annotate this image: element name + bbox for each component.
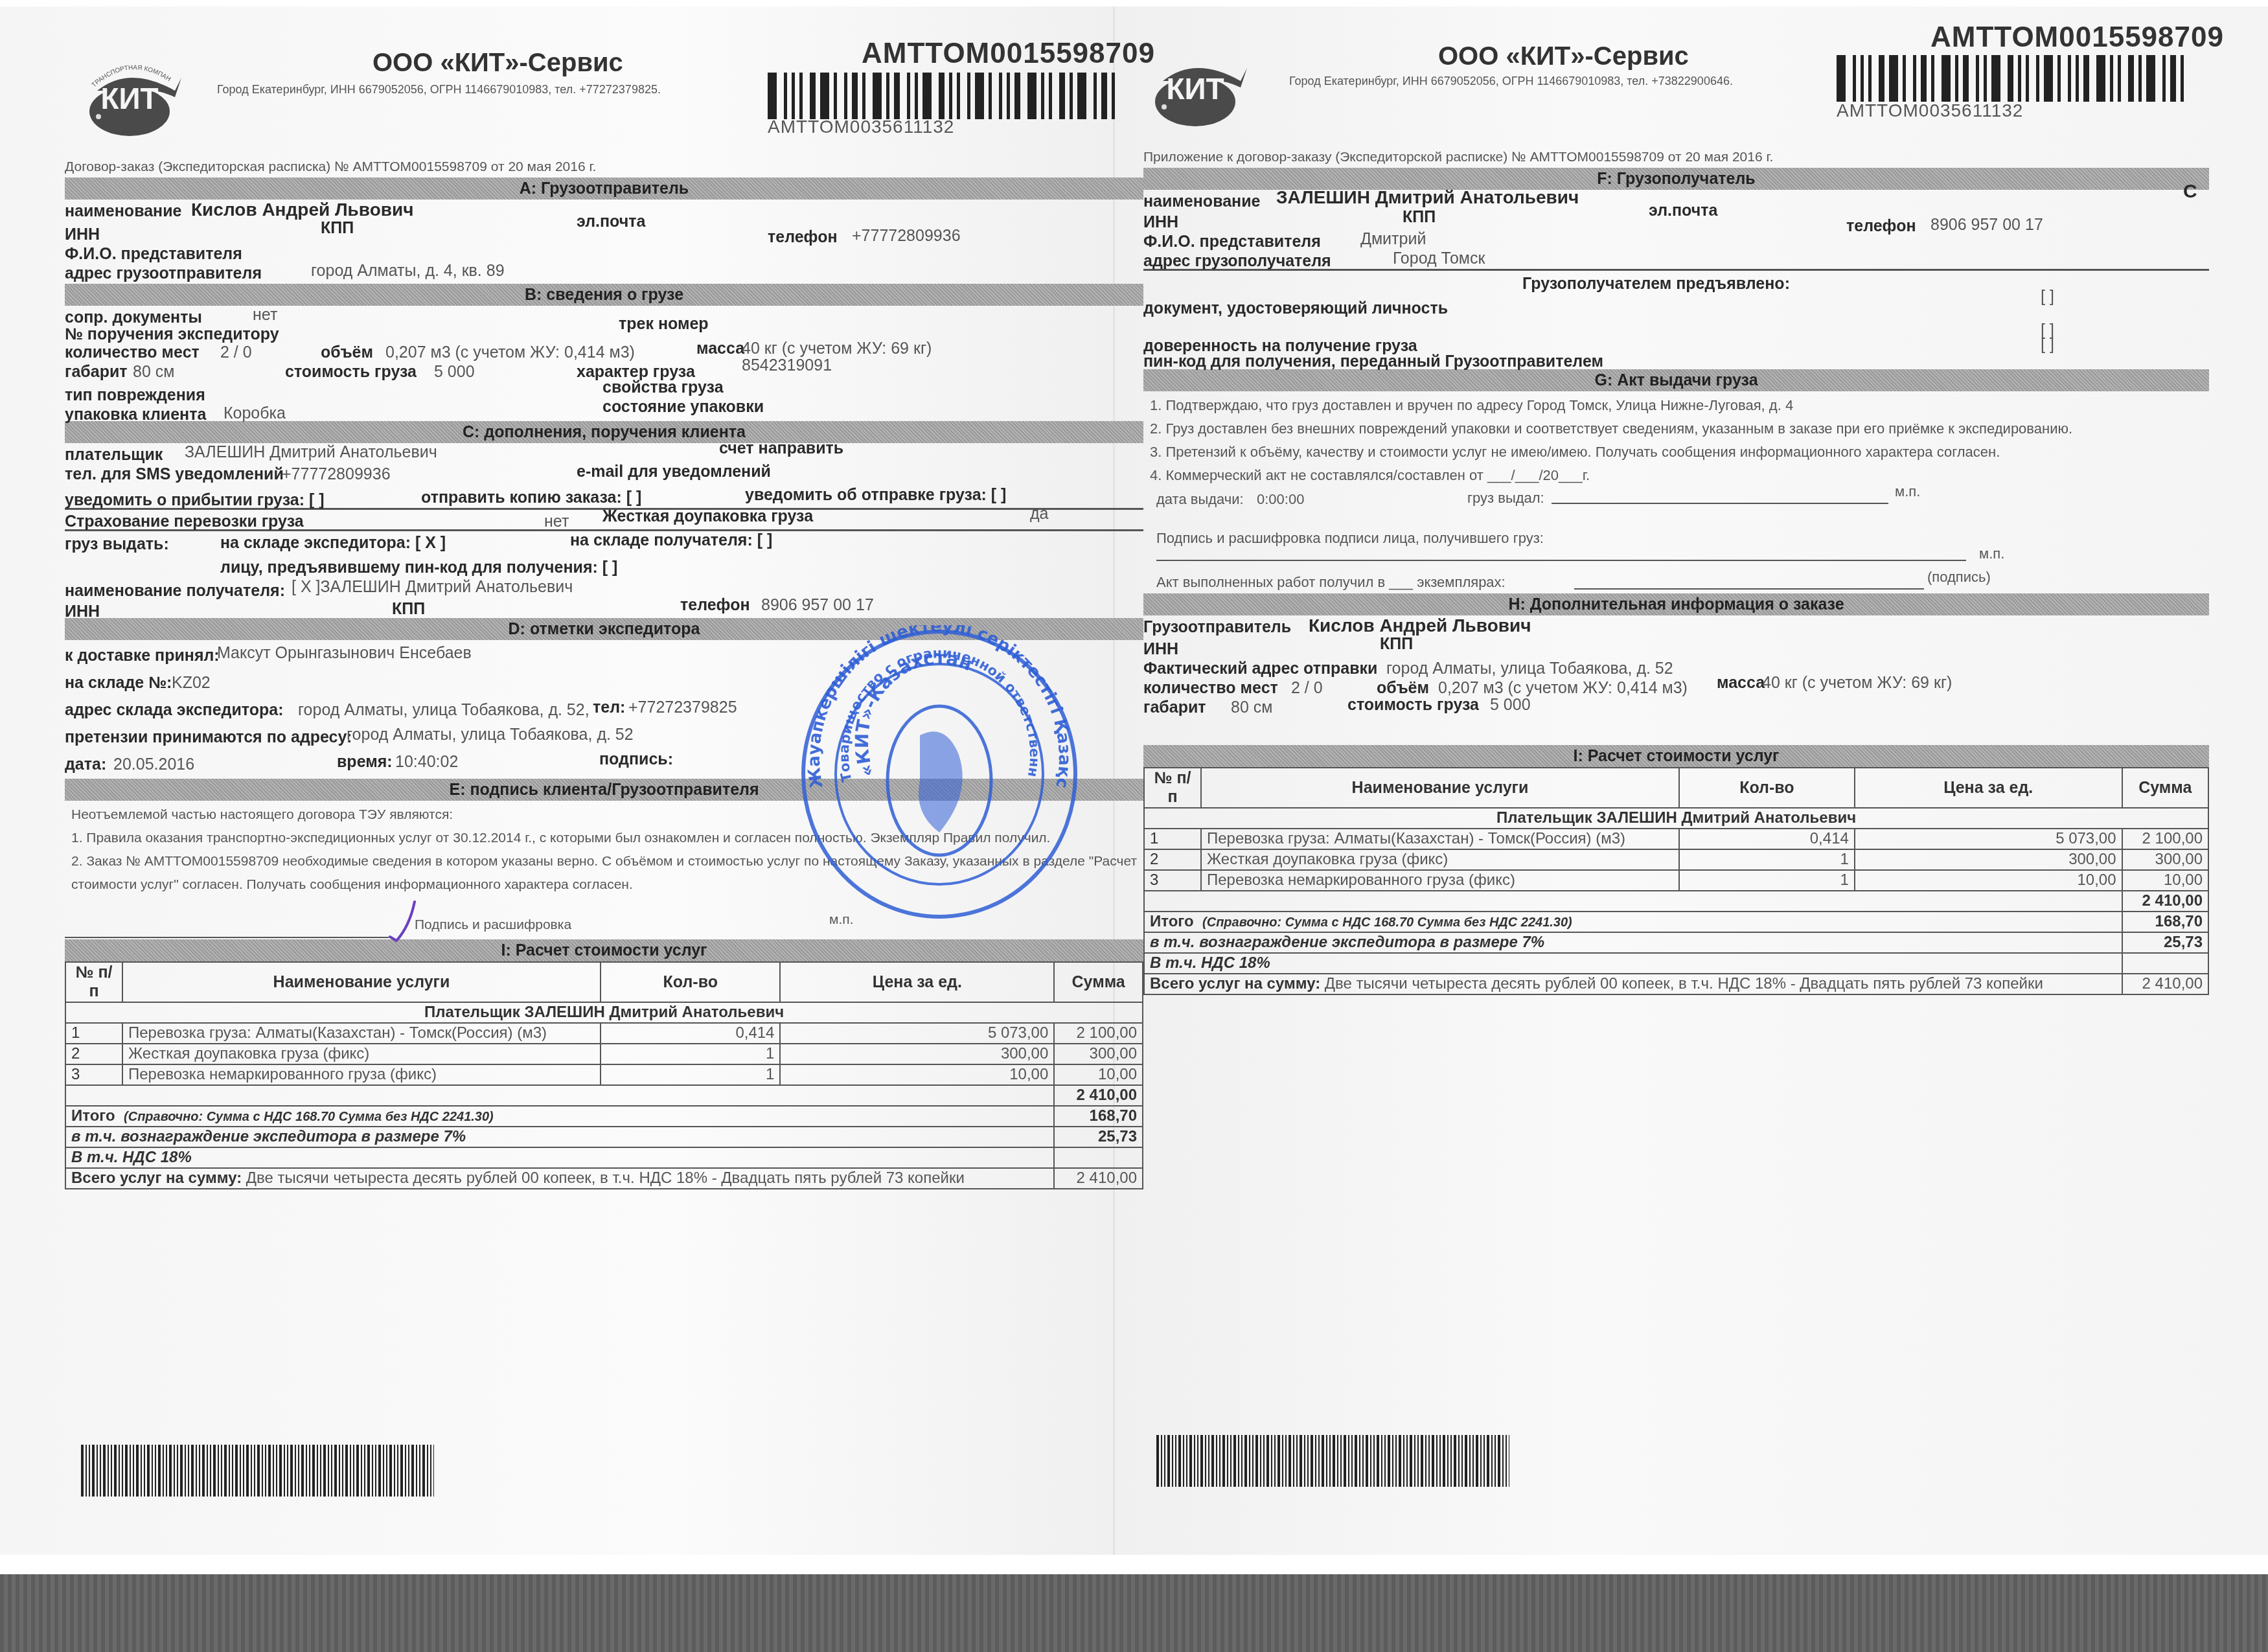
terms-intro: Неотъемлемой частью настоящего договора … [71, 803, 1137, 827]
places-label: количество мест [1143, 679, 1278, 698]
issue-date-value: 0:00:00 [1257, 491, 1304, 508]
volume-label: объём [1377, 679, 1429, 698]
docs-value: нет [253, 306, 277, 325]
places-value: 2 / 0 [1291, 679, 1323, 698]
sheet-header: КИТ ООО «КИТ»-Сервис Город Екатеринбург,… [1143, 16, 2209, 146]
actual-address: город Алматы, улица Тобаякова, д. 52 [1386, 660, 1673, 678]
address-label: адрес грузополучателя [1143, 252, 1331, 271]
inn-label: ИНН [1143, 640, 1178, 659]
column-header: Наименование услуги [122, 962, 601, 1002]
act-item-4: 4. Коммерческий акт не составлялся/соста… [1150, 464, 2203, 487]
column-header: Сумма [1054, 962, 1143, 1002]
kpp-label: КПП [1380, 635, 1413, 654]
warehouse-address: город Алматы, улица Тобаякова, д. 52, [298, 701, 590, 720]
stamp-mark: м.п. [829, 912, 853, 928]
receiver-inn-label: ИНН [65, 602, 100, 621]
cost-value: 5 000 [434, 363, 475, 382]
representative-value: Дмитрий [1360, 230, 1426, 249]
warehouse-address-label: адрес склада экспедитора: [65, 701, 284, 720]
vat-row: В т.ч. НДС 18% [65, 1147, 1054, 1168]
claims-address: город Алматы, улица Тобаякова, д. 52 [347, 726, 634, 744]
order-contract-sheet: КИТ ТРАНСПОРТНАЯ КОМПАНИЯ ООО «КИТ»-Серв… [65, 26, 1143, 1189]
act-text: 1. Подтверждаю, что груз доставлен и вру… [1143, 391, 2209, 487]
inn-label: ИНН [1143, 213, 1178, 232]
stamp-mark: м.п. [1895, 483, 1920, 500]
table-row: 1Перевозка груза: Алматы(Казахстан) - То… [1144, 829, 2208, 849]
hard-pack-label: Жесткая доупаковка груза [602, 507, 813, 526]
column-header: Кол-во [601, 962, 780, 1002]
column-header: № п/п [1144, 768, 1201, 808]
volume-value: 0,207 м3 (с учетом ЖУ: 0,414 м3) [1438, 679, 1688, 698]
warehouse-label: на складе №: [65, 674, 172, 693]
section-e-header: Е: подпись клиента/Грузоотправителя [65, 779, 1143, 801]
column-header: № п/п [65, 962, 122, 1002]
calc-header-left: I: Расчет стоимости услуг [65, 939, 1143, 961]
stamp-mark: м.п. [1979, 545, 2004, 562]
kit-logo-icon: КИТ ТРАНСПОРТНАЯ КОМПАНИЯ [78, 52, 188, 143]
id-document-label: документ, удостоверяющий личность [1143, 299, 1448, 318]
receiver-address: Город Томск [1393, 249, 1485, 268]
company-name: ООО «КИТ»-Сервис [1438, 42, 1689, 71]
barcode-icon [1837, 55, 2190, 102]
kpp-label: КПП [321, 219, 354, 238]
packing-label: упаковка клиента [65, 406, 206, 424]
time-value: 10:40:02 [395, 753, 458, 772]
kit-logo-icon: КИТ [1143, 42, 1254, 133]
id-document-checkbox[interactable]: [ ] [2041, 288, 2054, 306]
subtotal: 2 410,00 [1054, 1085, 1143, 1106]
pin-code-checkbox[interactable]: [ ] [2041, 336, 2054, 354]
table-row: 1Перевозка груза: Алматы(Казахстан) - То… [65, 1023, 1143, 1044]
issued-by-label: груз выдал: [1467, 490, 1544, 507]
mass-value: 40 кг (с учетом ЖУ: 69 кг) [742, 339, 932, 358]
act-item-3: 3. Претензий к объёму, качеству и стоимо… [1150, 441, 2203, 464]
presented-label: Грузополучателем предъявлено: [1522, 275, 1790, 293]
bottom-barcode-icon [81, 1445, 434, 1497]
receiver-phone: 8906 957 00 17 [761, 596, 874, 615]
representative-label: Ф.И.О. представителя [1143, 233, 1321, 251]
warehouse-phone-label: тел: [593, 698, 625, 717]
receiver-phone-label: телефон [680, 596, 750, 615]
order-number: AMTTOM0015598709 [862, 38, 1155, 70]
act-item-1: 1. Подтверждаю, что груз доставлен и вру… [1150, 394, 2203, 417]
act-received-line[interactable] [1574, 588, 1924, 590]
fee-row: в т.ч. вознаграждение экспедитора в разм… [1144, 932, 2122, 953]
sender-name: Кислов Андрей Львович [191, 200, 413, 220]
issued-by-line[interactable] [1552, 503, 1888, 504]
signature-caption: (подпись) [1927, 569, 1991, 586]
send-copy-checkbox[interactable]: отправить копию заказа: [ ] [421, 488, 641, 507]
warehouse-value: KZ02 [172, 674, 211, 693]
accepted-label: к доставке принял: [65, 647, 220, 665]
nature-value: 8542319091 [742, 356, 832, 375]
signature-mark-icon [389, 901, 434, 946]
pack-state-label: состояние упаковки [602, 398, 764, 417]
invoice-label: счет направить [719, 439, 843, 458]
scanner-edge [0, 1574, 2268, 1652]
terms-item-1: 1. Правила оказания транспортно-экспедиц… [71, 827, 1137, 850]
act-item-2: 2. Груз доставлен без внешних повреждени… [1150, 417, 2203, 441]
packing-value: Коробка [223, 404, 286, 423]
issue-at-receiver-checkbox[interactable]: на складе получателя: [ ] [570, 531, 772, 550]
bottom-barcode-icon [1156, 1435, 1509, 1487]
insurance-value: нет [544, 512, 569, 531]
table-row: 3Перевозка немаркированного груза (фикс)… [65, 1064, 1143, 1085]
size-label: габарит [65, 363, 128, 382]
issue-at-forwarder-checkbox[interactable]: на складе экспедитора: [ X ] [220, 534, 446, 553]
volume-value: 0,207 м3 (с учетом ЖУ: 0,414 м3) [385, 343, 635, 362]
mass-value: 40 кг (с учетом ЖУ: 69 кг) [1762, 674, 1952, 693]
column-header: Наименование услуги [1201, 768, 1679, 808]
insurance-label: Страхование перевозки груза [65, 512, 304, 531]
accepted-value: Максут Орынгазынович Енсебаев [217, 644, 472, 663]
mass-label: масса [696, 339, 744, 358]
barcode-icon [768, 73, 1121, 119]
annex-title: Приложение к договор-заказу (Экспедиторс… [1143, 150, 2209, 165]
name-label: наименование [1143, 192, 1260, 211]
subtotal: 2 410,00 [2122, 891, 2208, 912]
receiver-kpp-label: КПП [392, 600, 425, 619]
column-header: Цена за ед. [1855, 768, 2122, 808]
section-f-header: F: Грузополучатель [1143, 168, 2209, 190]
cost-value: 5 000 [1490, 696, 1531, 715]
signature-line[interactable] [65, 937, 389, 938]
claims-label: претензии принимаются по адресу: [65, 728, 352, 747]
sender-label: Грузоотправитель [1143, 618, 1291, 637]
issue-date-label: дата выдачи: [1156, 491, 1244, 508]
services-table-right: № п/пНаименование услугиКол-воЦена за ед… [1143, 767, 2209, 995]
hard-pack-value: да [1030, 505, 1049, 523]
warehouse-phone: +77272379825 [628, 698, 737, 717]
svg-text:КИТ: КИТ [100, 82, 158, 115]
total-row: Итого (Справочно: Сумма с НДС 168.70 Сум… [1144, 912, 2122, 932]
time-label: время: [337, 753, 393, 772]
inn-label: ИНН [65, 225, 100, 244]
cost-label: стоимость груза [285, 363, 417, 382]
column-header: Сумма [2122, 768, 2208, 808]
barcode-sub-number: AMTTOM0035611132 [768, 117, 954, 137]
barcode-sub-number: AMTTOM0035611132 [1837, 100, 2023, 121]
signature-label: подпись: [599, 750, 673, 769]
company-name: ООО «КИТ»-Сервис [372, 49, 623, 78]
annex-sheet: КИТ ООО «КИТ»-Сервис Город Екатеринбург,… [1143, 16, 2209, 995]
services-table-left: № п/пНаименование услугиКол-воЦена за ед… [65, 961, 1143, 1189]
email-label: эл.почта [1649, 201, 1717, 220]
grand-total-row: Всего услуг на сумму: Две тысячи четырес… [1144, 974, 2122, 994]
order-number: AMTTOM0015598709 [1930, 21, 2224, 54]
receiver-signature-label: Подпись и расшифровка подписи лица, полу… [1156, 530, 1544, 547]
grand-total-row: Всего услуг на сумму: Две тысячи четырес… [65, 1168, 1054, 1189]
total-row: Итого (Справочно: Сумма с НДС 168.70 Сум… [65, 1106, 1054, 1127]
notify-dispatch-checkbox[interactable]: уведомить об отправке груза: [ ] [745, 486, 1006, 505]
name-label: наименование [65, 202, 181, 221]
payer-value: ЗАЛЕШИН Дмитрий Анатольевич [185, 443, 437, 462]
svg-text:КИТ: КИТ [1166, 72, 1224, 106]
payer-row: Плательщик ЗАЛЕШИН Дмитрий Анатольевич [1144, 808, 2208, 829]
sms-value: +77772809936 [282, 465, 391, 484]
calc-header-right: I: Расчет стоимости услуг [1143, 745, 2209, 767]
date-label: дата: [65, 755, 106, 774]
corner-mark: С [2183, 181, 2197, 203]
column-header: Цена за ед. [780, 962, 1054, 1002]
issue-label: груз выдать: [65, 535, 169, 554]
size-label: габарит [1143, 698, 1206, 717]
places-label: количество мест [65, 343, 200, 362]
receiver-value: [ X ]ЗАЛЕШИН Дмитрий Анатольевич [292, 578, 573, 597]
mass-label: масса [1717, 674, 1765, 693]
receiver-signature-line[interactable] [1156, 560, 1966, 561]
size-value: 80 см [1231, 698, 1272, 717]
sender-address: город Алматы, д. 4, кв. 89 [311, 262, 505, 281]
section-b-header: В: сведения о грузе [65, 284, 1143, 306]
table-row: 3Перевозка немаркированного груза (фикс)… [1144, 870, 2208, 891]
cost-label: стоимость груза [1347, 696, 1479, 715]
payer-row: Плательщик ЗАЛЕШИН Дмитрий Анатольевич [65, 1002, 1143, 1023]
signature-caption: Подпись и расшифровка [415, 917, 571, 933]
date-value: 20.05.2016 [113, 755, 194, 774]
pin-code-label: пин-код для получения, переданный Грузоо… [1143, 352, 1603, 371]
issue-by-pin-checkbox[interactable]: лицу, предъявившему пин-код для получени… [220, 558, 617, 577]
receiver-name: ЗАЛЕШИН Дмитрий Анатольевич [1276, 187, 1579, 208]
volume-label: объём [321, 343, 373, 362]
actual-address-label: Фактический адрес отправки [1143, 660, 1377, 678]
section-d-header: D: отметки экспедитора [65, 618, 1143, 640]
notify-email-label: e-mail для уведомлений [577, 463, 771, 481]
column-header: Кол-во [1679, 768, 1855, 808]
table-row: 2Жесткая доупаковка груза (фикс)1300,003… [65, 1044, 1143, 1064]
terms-block: Неотъемлемой частью настоящего договора … [65, 801, 1143, 897]
address-label: адрес грузоотправителя [65, 264, 262, 283]
places-value: 2 / 0 [220, 343, 252, 362]
fee-row: в т.ч. вознаграждение экспедитора в разм… [65, 1127, 1054, 1147]
contract-title: Договор-заказ (Экспедиторская расписка) … [65, 159, 1143, 175]
props-label: свойства груза [602, 378, 724, 397]
section-h-header: H: Дополнительная информация о заказе [1143, 593, 2209, 615]
sms-label: тел. для SMS уведомлений [65, 465, 284, 484]
company-details: Город Екатеринбург, ИНН 6679052056, ОГРН… [217, 83, 661, 97]
vat-row: В т.ч. НДС 18% [1144, 953, 2122, 974]
act-received-label: Акт выполненных работ получил в ___ экзе… [1156, 574, 1506, 591]
payer-label: плательщик [65, 446, 163, 465]
section-c-header: С: дополнения, поручения клиента [65, 421, 1143, 443]
section-a-header: А: Грузоотправитель [65, 178, 1143, 200]
table-row: 2Жесткая доупаковка груза (фикс)1300,003… [1144, 849, 2208, 870]
email-label: эл.почта [577, 212, 645, 231]
notify-arrival-checkbox[interactable]: уведомить о прибытии груза: [ ] [65, 491, 325, 510]
sheet-header: КИТ ТРАНСПОРТНАЯ КОМПАНИЯ ООО «КИТ»-Серв… [65, 26, 1143, 155]
section-g-header: G: Акт выдачи груза [1143, 369, 2209, 391]
terms-item-2: 2. Заказ № AMTTOM0015598709 необходимые … [71, 850, 1137, 897]
kpp-label: КПП [1403, 208, 1436, 227]
company-details: Город Екатеринбург, ИНН 6679052056, ОГРН… [1289, 75, 1733, 88]
sender-name: Кислов Андрей Львович [1309, 615, 1531, 636]
size-value: 80 см [133, 363, 174, 382]
representative-label: Ф.И.О. представителя [65, 245, 242, 264]
